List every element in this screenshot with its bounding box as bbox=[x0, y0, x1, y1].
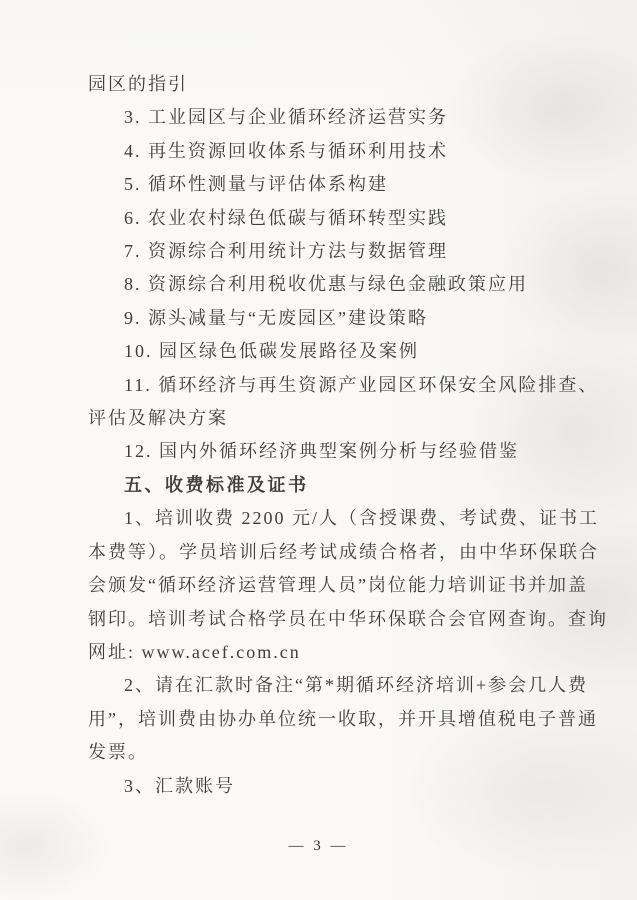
text-line: 网址: www.acef.com.cn bbox=[88, 636, 580, 669]
text-line: 钢印。培训考试合格学员在中华环保联合会官网查询。查询 bbox=[88, 603, 580, 636]
text-line: 评估及解决方案 bbox=[88, 402, 580, 435]
text-line: 3、汇款账号 bbox=[88, 770, 580, 803]
page-number: — 3 — bbox=[289, 838, 349, 854]
document-lines: 园区的指引3. 工业园区与企业循环经济运营实务4. 再生资源回收体系与循环利用技… bbox=[88, 68, 580, 803]
text-line: 1、培训收费 2200 元/人（含授课费、考试费、证书工 bbox=[88, 502, 580, 535]
text-line: 6. 农业农村绿色低碳与循环转型实践 bbox=[88, 202, 580, 235]
text-line: 会颁发“循环经济运营管理人员”岗位能力培训证书并加盖 bbox=[88, 569, 580, 602]
text-line: 9. 源头减量与“无废园区”建设策略 bbox=[88, 302, 580, 335]
text-line: 8. 资源综合利用税收优惠与绿色金融政策应用 bbox=[88, 268, 580, 301]
text-line: 4. 再生资源回收体系与循环利用技术 bbox=[88, 135, 580, 168]
text-line: 园区的指引 bbox=[88, 68, 580, 101]
page-footer: — 3 — bbox=[0, 838, 637, 855]
text-line: 12. 国内外循环经济典型案例分析与经验借鉴 bbox=[88, 435, 580, 468]
text-line: 用”，培训费由协办单位统一收取，并开具增值税电子普通 bbox=[88, 703, 580, 736]
text-line: 本费等）。学员培训后经考试成绩合格者，由中华环保联合 bbox=[88, 536, 580, 569]
text-line: 3. 工业园区与企业循环经济运营实务 bbox=[88, 101, 580, 134]
text-line: 五、收费标准及证书 bbox=[88, 469, 580, 502]
document-page: 园区的指引3. 工业园区与企业循环经济运营实务4. 再生资源回收体系与循环利用技… bbox=[0, 0, 637, 900]
text-line: 10. 园区绿色低碳发展路径及案例 bbox=[88, 335, 580, 368]
text-line: 11. 循环经济与再生资源产业园区环保安全风险排查、 bbox=[88, 369, 580, 402]
text-line: 7. 资源综合利用统计方法与数据管理 bbox=[88, 235, 580, 268]
text-line: 5. 循环性测量与评估体系构建 bbox=[88, 168, 580, 201]
text-line: 2、请在汇款时备注“第*期循环经济培训+参会几人费 bbox=[88, 669, 580, 702]
text-line: 发票。 bbox=[88, 736, 580, 769]
